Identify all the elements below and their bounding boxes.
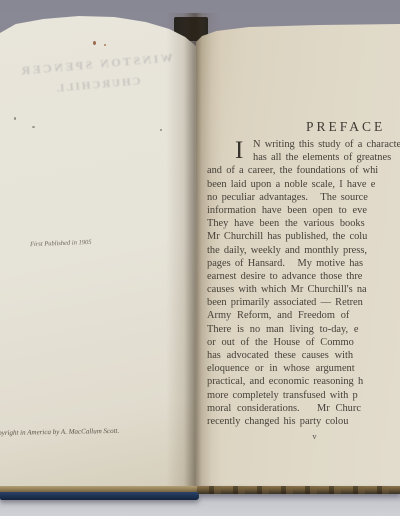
paper-speck xyxy=(14,117,16,120)
preface-line: has advocated these causes with xyxy=(207,349,400,362)
cover-edge-navy xyxy=(0,492,199,500)
preface-line: recently changed his party colou xyxy=(207,415,400,428)
paper-speck xyxy=(32,126,35,128)
page-bottom-edge-right xyxy=(197,486,400,494)
preface-line: been laid upon a noble scale, I have e xyxy=(207,178,400,191)
preface-line: more completely transfused with p xyxy=(207,389,400,402)
preface-text: I N writing this study of a characte has… xyxy=(207,138,400,441)
preface-line: Mr Churchill has published, the colu xyxy=(207,230,400,243)
left-page: WINSTON SPENCER CHURCHILL First Publishe… xyxy=(0,13,197,489)
preface-line: They have been the various books xyxy=(207,217,400,230)
drop-cap: I xyxy=(235,138,243,163)
show-through-title: WINSTON SPENCER CHURCHILL xyxy=(14,50,183,126)
paper-speck xyxy=(93,41,96,45)
preface-line: There is no man living to-day, e xyxy=(207,323,400,336)
paper-speck xyxy=(104,44,106,46)
preface-line: and of a career, the foundations of whi xyxy=(207,164,400,177)
preface-title: PREFACE xyxy=(306,119,385,135)
preface-line: Army Reform, and Freedom of xyxy=(207,309,400,322)
preface-line: the daily, weekly and monthly press, xyxy=(207,244,400,257)
preface-line: practical, and economic reasoning h xyxy=(207,375,400,388)
paper-speck xyxy=(160,129,162,131)
preface-line: pages of Hansard. My motive has xyxy=(207,257,400,270)
preface-line: been primarily associated — Retren xyxy=(207,296,400,309)
copyright-note: Copyright in America by A. MacCallum Sco… xyxy=(0,427,119,437)
right-page: PREFACE I N writing this study of a char… xyxy=(196,24,400,490)
preface-line: causes with which Mr Churchill's na xyxy=(207,283,400,296)
preface-line: eloquence or in whose argument xyxy=(207,362,400,375)
edition-note: First Published in 1905 xyxy=(30,239,92,248)
preface-line: earnest desire to advance those thre xyxy=(207,270,400,283)
preface-line: or out of the House of Commo xyxy=(207,336,400,349)
page-number: v xyxy=(207,431,400,441)
preface-line: information have been open to eve xyxy=(207,204,400,217)
preface-line: no peculiar advantages. The source xyxy=(207,191,400,204)
preface-line: moral considerations. Mr Churc xyxy=(207,402,400,415)
book-photo: WINSTON SPENCER CHURCHILL First Publishe… xyxy=(0,0,400,516)
